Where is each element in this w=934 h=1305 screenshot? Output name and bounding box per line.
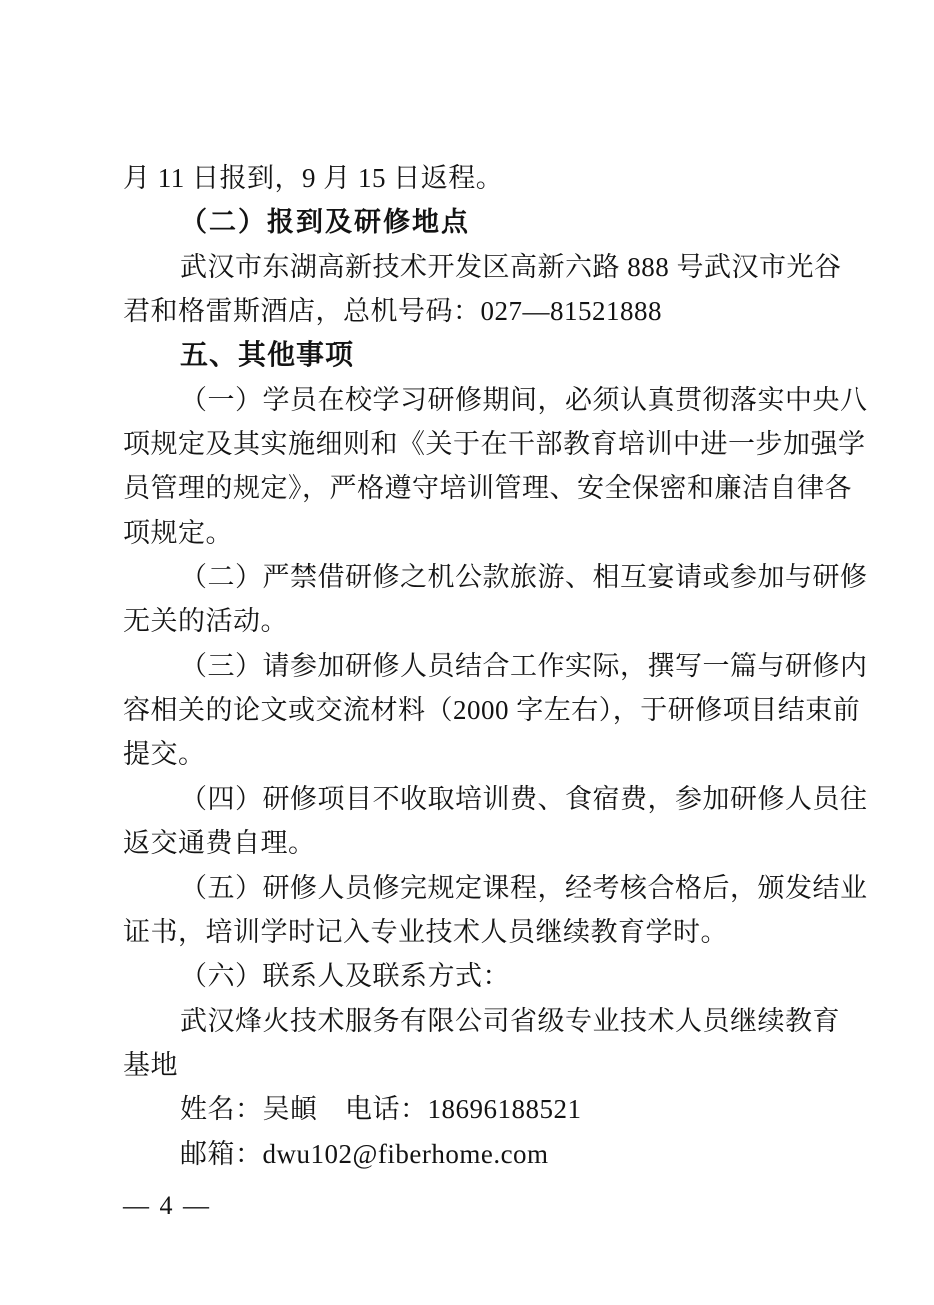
document-page: 月 11 日报到，9 月 15 日返程。 （二）报到及研修地点 武汉市东湖高新技…	[0, 0, 934, 1305]
line-item1-3: 员管理的规定》，严格遵守培训管理、安全保密和廉洁自律各	[123, 466, 833, 510]
line-item6-contact-intro: （六）联系人及联系方式：	[123, 954, 833, 998]
line-item1-2: 项规定及其实施细则和《关于在干部教育培训中进一步加强学	[123, 422, 833, 466]
line-item2-1: （二）严禁借研修之机公款旅游、相互宴请或参加与研修	[123, 555, 833, 599]
line-item3-2: 容相关的论文或交流材料（2000 字左右），于研修项目结束前	[123, 688, 833, 732]
line-item5-1: （五）研修人员修完规定课程，经考核合格后，颁发结业	[123, 866, 833, 910]
line-contact-name-phone: 姓名：吴頔 电话：18696188521	[123, 1087, 833, 1131]
line-organization-1: 武汉烽火技术服务有限公司省级专业技术人员继续教育	[123, 999, 833, 1043]
line-item3-3: 提交。	[123, 732, 833, 776]
line-item1-1: （一）学员在校学习研修期间，必须认真贯彻落实中央八	[123, 378, 833, 422]
line-contact-email: 邮箱：dwu102@fiberhome.com	[123, 1132, 833, 1176]
document-body: 月 11 日报到，9 月 15 日返程。 （二）报到及研修地点 武汉市东湖高新技…	[123, 156, 833, 1176]
line-organization-2: 基地	[123, 1043, 833, 1087]
line-item1-4: 项规定。	[123, 511, 833, 555]
subheading-report-location: （二）报到及研修地点	[123, 200, 833, 244]
line-item4-2: 返交通费自理。	[123, 821, 833, 865]
line-address-2-hotel-phone: 君和格雷斯酒店，总机号码：027—81521888	[123, 289, 833, 333]
line-item4-1: （四）研修项目不收取培训费、食宿费，参加研修人员往	[123, 777, 833, 821]
page-number: — 4 —	[123, 1191, 211, 1221]
line-item2-2: 无关的活动。	[123, 599, 833, 643]
line-return-dates: 月 11 日报到，9 月 15 日返程。	[123, 156, 833, 200]
line-item5-2: 证书，培训学时记入专业技术人员继续教育学时。	[123, 910, 833, 954]
section-heading-other-matters: 五、其他事项	[123, 333, 833, 377]
line-address-1: 武汉市东湖高新技术开发区高新六路 888 号武汉市光谷	[123, 245, 833, 289]
line-item3-1: （三）请参加研修人员结合工作实际，撰写一篇与研修内	[123, 644, 833, 688]
